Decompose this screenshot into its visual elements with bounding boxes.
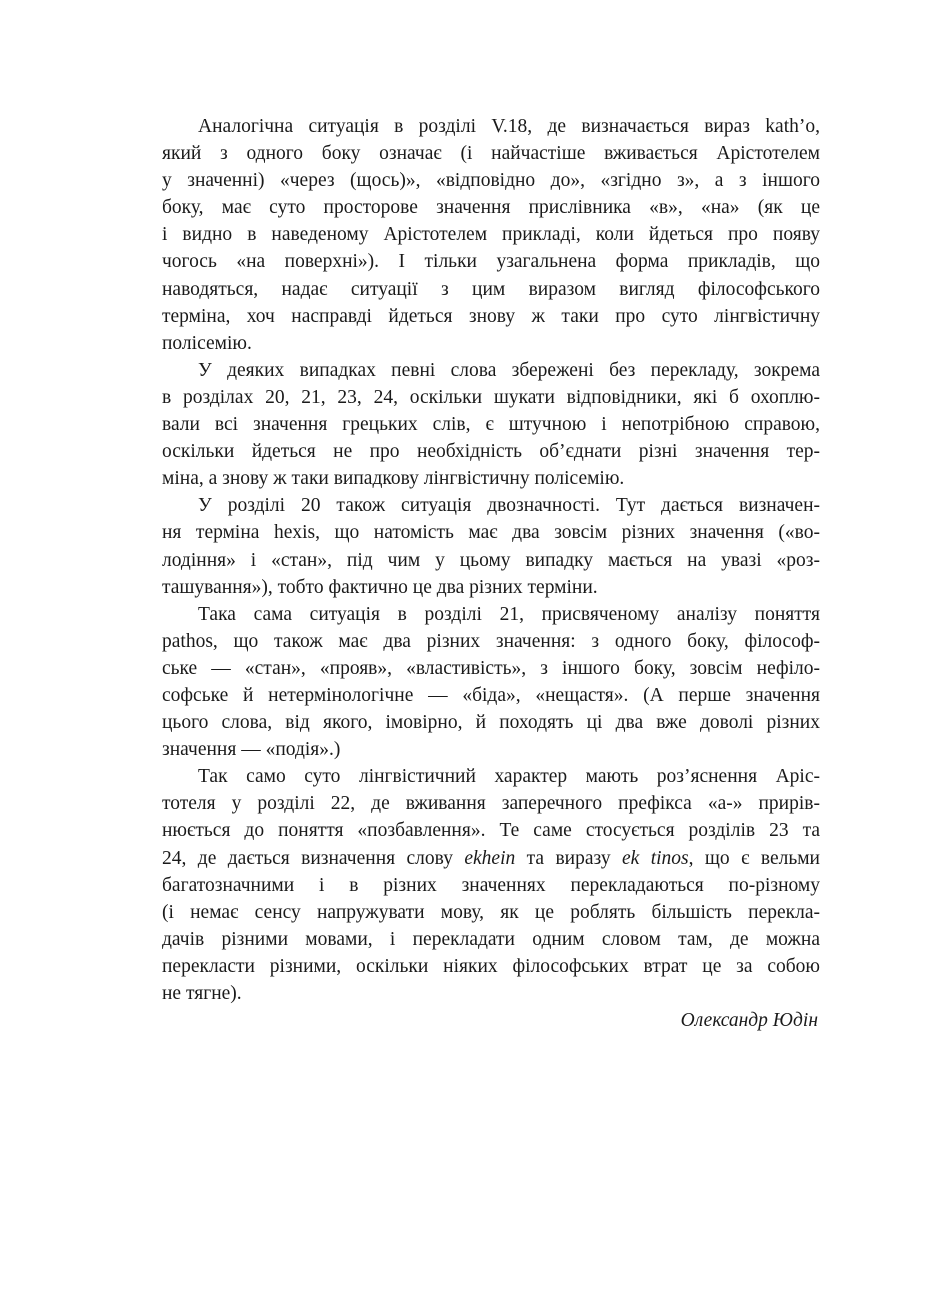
text-line: наводяться, надає ситуації з цим виразом… (162, 276, 820, 303)
text-line: ташування»), тобто фактично це два різни… (162, 574, 820, 601)
text-line: дачів різними мовами, і перекладати одни… (162, 926, 820, 953)
text-line: ське — «стан», «прояв», «властивість», з… (162, 655, 820, 682)
text-line: міна, а знову ж таки випадкову лінгвісти… (162, 465, 820, 492)
author-signature: Олександр Юдін (162, 1007, 820, 1034)
text-line: лодіння» і «стан», під чим у цьому випад… (162, 547, 820, 574)
paragraph-5: Так само суто лінгвістичний характер маю… (162, 763, 820, 1007)
greek-term-ekhein: ekhein (464, 848, 515, 869)
text-line: у значенні) «через (щось)», «відповідно … (162, 167, 820, 194)
text-line: полісемію. (162, 330, 820, 357)
text-line: Аналогічна ситуація в розділі V.18, де в… (162, 113, 820, 140)
document-page: Аналогічна ситуація в розділі V.18, де в… (162, 113, 820, 1034)
text-line: чогось «на поверхні»). І тільки узагальн… (162, 248, 820, 275)
text-line: pathos, що також має два різних значення… (162, 628, 820, 655)
text-line: який з одного боку означає (і найчастіше… (162, 140, 820, 167)
text-line: і видно в наведеному Арістотелем приклад… (162, 221, 820, 248)
text-line: ня терміна hexis, що натомість має два з… (162, 519, 820, 546)
text-line: (і немає сенсу напружувати мову, як це р… (162, 899, 820, 926)
text-line: значення — «подія».) (162, 736, 820, 763)
text-line: цього слова, від якого, імовірно, й похо… (162, 709, 820, 736)
paragraph-4: Така сама ситуація в розділі 21, присвяч… (162, 601, 820, 764)
paragraph-1: Аналогічна ситуація в розділі V.18, де в… (162, 113, 820, 357)
text-line: оскільки йдеться не про необхідність об’… (162, 438, 820, 465)
text-line: тотеля у розділі 22, де вживання запереч… (162, 790, 820, 817)
text-line: Так само суто лінгвістичний характер маю… (162, 763, 820, 790)
text-line: софське й нетермінологічне — «біда», «не… (162, 682, 820, 709)
paragraph-2: У деяких випадках певні слова збережені … (162, 357, 820, 492)
text-line: 24, де дається визначення слову ekhein т… (162, 845, 820, 872)
text-line: перекласти різними, оскільки ніяких філо… (162, 953, 820, 980)
text-line: не тягне). (162, 980, 820, 1007)
text-line: багатозначними і в різних значеннях пере… (162, 872, 820, 899)
paragraph-3: У розділі 20 також ситуація двозначності… (162, 492, 820, 600)
text-line: Така сама ситуація в розділі 21, присвяч… (162, 601, 820, 628)
text-line: У деяких випадках певні слова збережені … (162, 357, 820, 384)
text-line: терміна, хоч насправді йдеться знову ж т… (162, 303, 820, 330)
greek-term-ek-tinos: ek tinos (622, 848, 689, 869)
text-line: нюється до поняття «позбавлення». Те сам… (162, 817, 820, 844)
text-line: боку, має суто просторове значення присл… (162, 194, 820, 221)
text-line: вали всі значення грецьких слів, є штучн… (162, 411, 820, 438)
text-line: в розділах 20, 21, 23, 24, оскільки шука… (162, 384, 820, 411)
text-line: У розділі 20 також ситуація двозначності… (162, 492, 820, 519)
